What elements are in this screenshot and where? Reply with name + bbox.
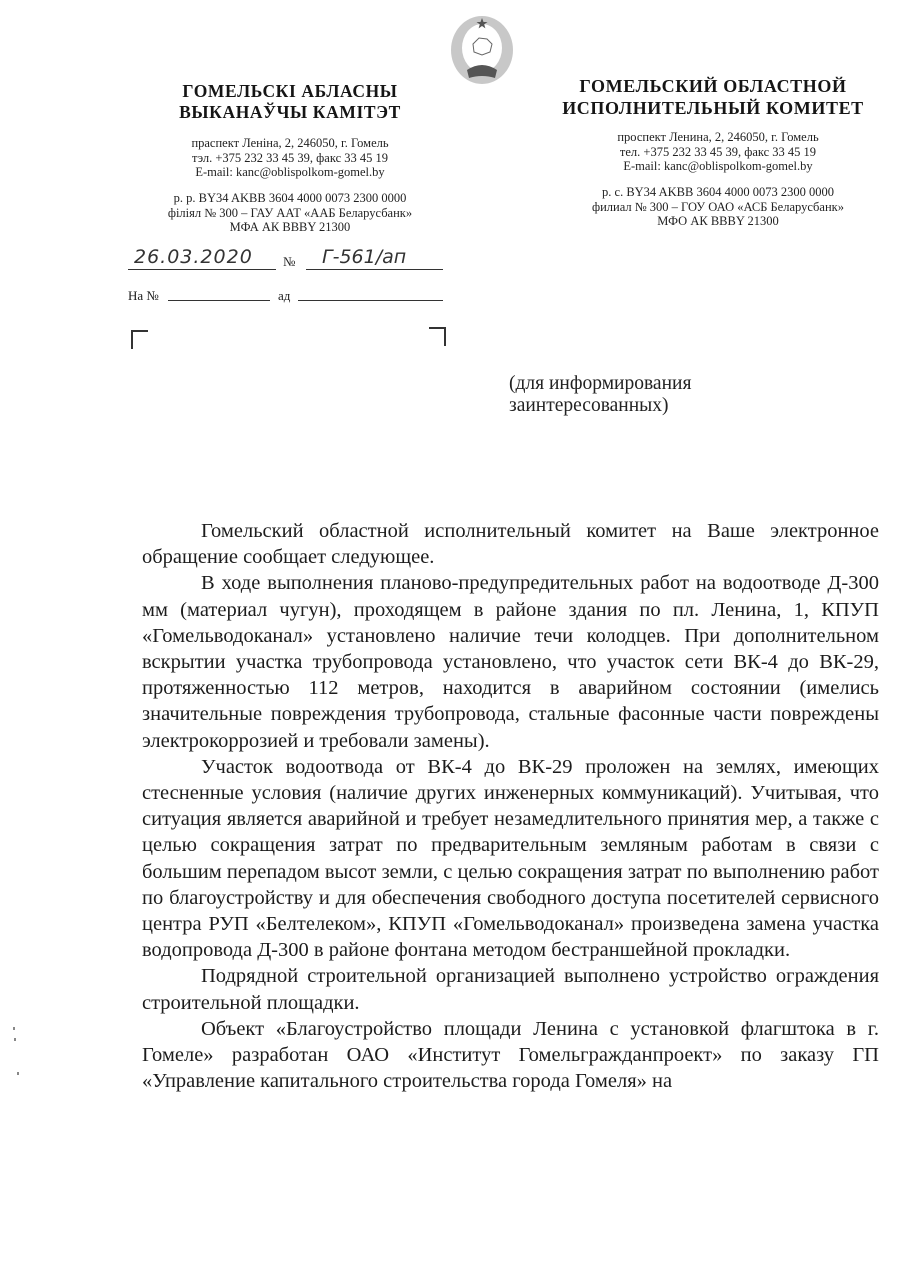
reply-to-line bbox=[168, 300, 270, 301]
bank-block-belarusian: р. р. BY34 AKBB 3604 4000 0073 2300 0000… bbox=[130, 191, 450, 235]
email: E-mail: kanc@oblispolkom-gomel.by bbox=[553, 159, 883, 174]
phone: тел. +375 232 33 45 39, факс 33 45 19 bbox=[553, 145, 883, 160]
bank-branch: філіял № 300 – ГАУ ААТ «ААБ Беларусбанк» bbox=[130, 206, 450, 221]
corner-mark-right bbox=[429, 327, 446, 346]
bank-account: р. р. BY34 AKBB 3604 4000 0073 2300 0000 bbox=[130, 191, 450, 206]
paragraph: Объект «Благоустройство площади Ленина с… bbox=[142, 1016, 879, 1095]
reply-reference-row: На № ад bbox=[128, 286, 448, 306]
org-name-line2: ИСПОЛНИТЕЛЬНЫЙ КОМИТЕТ bbox=[548, 97, 878, 119]
contact-block-russian: проспект Ленина, 2, 246050, г. Гомель те… bbox=[553, 130, 883, 174]
state-emblem-icon bbox=[449, 8, 515, 88]
reply-to-label: На № bbox=[128, 288, 159, 304]
from-label: ад bbox=[278, 288, 290, 304]
registration-date: 26.03.2020 bbox=[128, 246, 276, 270]
org-name-belarusian: ГОМЕЛЬСКІ АБЛАСНЫ ВЫКАНАЎЧЫ КАМІТЭТ bbox=[140, 81, 440, 123]
address: проспект Ленина, 2, 246050, г. Гомель bbox=[553, 130, 883, 145]
scan-artifact bbox=[17, 1072, 19, 1075]
contact-block-belarusian: праспект Леніна, 2, 246050, г. Гомель тэ… bbox=[140, 136, 440, 180]
registration-number: Г-561/ап bbox=[306, 246, 443, 270]
paragraph: Подрядной строительной организацией выпо… bbox=[142, 963, 879, 1015]
phone: тэл. +375 232 33 45 39, факс 33 45 19 bbox=[140, 151, 440, 166]
bank-code: МФА АК BBBY 21300 bbox=[130, 220, 450, 235]
bank-branch: филиал № 300 – ГОУ ОАО «АСБ Беларусбанк» bbox=[553, 200, 883, 215]
scan-artifact bbox=[14, 1038, 16, 1041]
corner-mark-left bbox=[131, 330, 148, 349]
email: E-mail: kanc@oblispolkom-gomel.by bbox=[140, 165, 440, 180]
registration-row: 26.03.2020 № Г-561/ап bbox=[128, 246, 448, 272]
addressee: (для информирования заинтересованных) bbox=[509, 373, 809, 417]
address: праспект Леніна, 2, 246050, г. Гомель bbox=[140, 136, 440, 151]
bank-block-russian: р. с. BY34 AKBB 3604 4000 0073 2300 0000… bbox=[553, 185, 883, 229]
letter-body: Гомельский областной исполнительный коми… bbox=[142, 518, 879, 1094]
bank-account: р. с. BY34 AKBB 3604 4000 0073 2300 0000 bbox=[553, 185, 883, 200]
number-label: № bbox=[283, 254, 295, 270]
org-name-russian: ГОМЕЛЬСКИЙ ОБЛАСТНОЙ ИСПОЛНИТЕЛЬНЫЙ КОМИ… bbox=[548, 75, 878, 119]
org-name-line2: ВЫКАНАЎЧЫ КАМІТЭТ bbox=[140, 102, 440, 123]
addressee-line1: (для информирования bbox=[509, 373, 809, 395]
scan-artifact bbox=[13, 1027, 15, 1030]
bank-code: МФО АК BBBY 21300 bbox=[553, 214, 883, 229]
org-name-line1: ГОМЕЛЬСКІ АБЛАСНЫ bbox=[140, 81, 440, 102]
paragraph: В ходе выполнения планово-предупредитель… bbox=[142, 570, 879, 753]
paragraph: Гомельский областной исполнительный коми… bbox=[142, 518, 879, 570]
from-line bbox=[298, 300, 443, 301]
org-name-line1: ГОМЕЛЬСКИЙ ОБЛАСТНОЙ bbox=[548, 75, 878, 97]
addressee-line2: заинтересованных) bbox=[509, 395, 809, 417]
paragraph: Участок водоотвода от ВК-4 до ВК-29 прол… bbox=[142, 754, 879, 964]
